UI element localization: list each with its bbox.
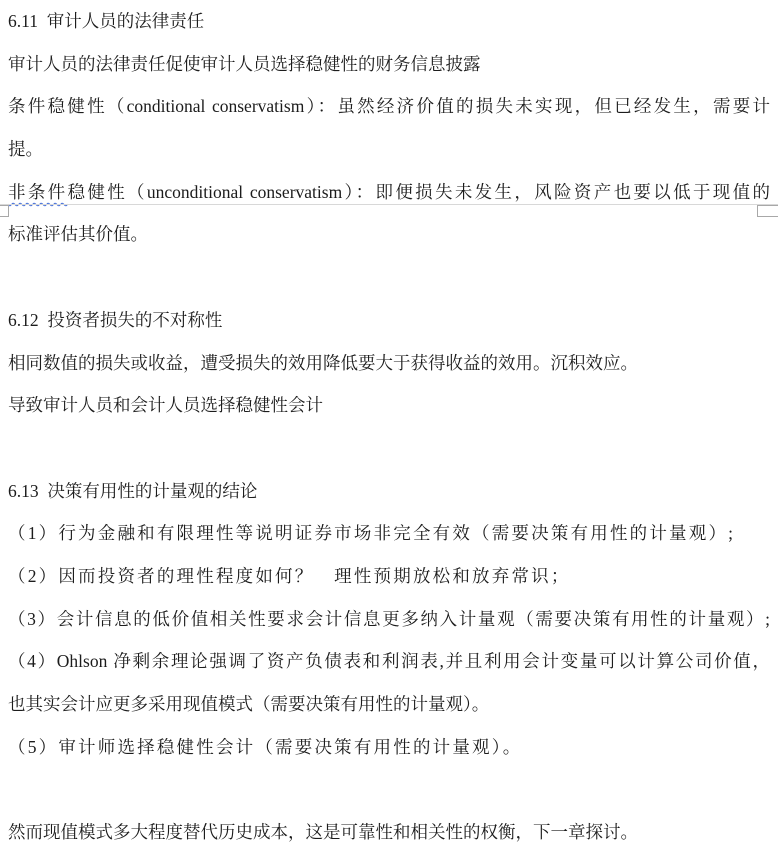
text-line: 标准评估其价值。: [8, 213, 770, 256]
text-line: 审计人员的法律责任促使审计人员选择稳健性的财务信息披露: [8, 43, 770, 86]
list-item-5: （5）审计师选择稳健性会计（需要决策有用性的计量观）。: [8, 726, 770, 769]
text-line: 相同数值的损失或收益，遭受损失的效用降低要大于获得收益的效用。沉积效应。: [8, 342, 770, 385]
list-item-1: （1）行为金融和有限理性等说明证券市场非完全有效（需要决策有用性的计量观）;: [8, 512, 770, 555]
text-line: 也其实会计应更多采用现值模式（需要决策有用性的计量观）。: [8, 683, 770, 726]
spellcheck-flagged-text: 非条件: [8, 182, 68, 202]
page-boundary-marker-right: [757, 205, 778, 217]
text-line: 条件稳健性（conditional conservatism）：虽然经济价值的损…: [8, 85, 770, 128]
blank-line: [8, 256, 770, 299]
text-line-continuation: 稳健性（unconditional conservatism）：即便损失未发生，…: [68, 182, 770, 202]
text-line: 提。: [8, 128, 770, 171]
text-line: 然而现值模式多大程度替代历史成本，这是可靠性和相关性的权衡，下一章探讨。: [8, 811, 770, 854]
text-line: 非条件稳健性（unconditional conservatism）：即便损失未…: [8, 171, 770, 214]
list-item-4: （4）Ohlson 净剩余理论强调了资产负债表和利润表,并且利用会计变量可以计算…: [8, 640, 770, 683]
text-line: 导致审计人员和会计人员选择稳健性会计: [8, 384, 770, 427]
section-heading-6-12: 6.12 投资者损失的不对称性: [8, 299, 770, 342]
page-boundary-marker-left: [0, 205, 9, 217]
blank-line: [8, 427, 770, 470]
page-boundary-line: [0, 204, 778, 205]
blank-line: [8, 768, 770, 811]
list-item-3: （3）会计信息的低价值相关性要求会计信息更多纳入计量观（需要决策有用性的计量观）…: [8, 598, 770, 641]
list-item-2: （2）因而投资者的理性程度如何？ 理性预期放松和放弃常识；: [8, 555, 770, 598]
section-heading-6-11: 6.11 审计人员的法律责任: [8, 0, 770, 43]
section-heading-6-13: 6.13 决策有用性的计量观的结论: [8, 470, 770, 513]
document-page[interactable]: 6.11 审计人员的法律责任 审计人员的法律责任促使审计人员选择稳健性的财务信息…: [0, 0, 778, 854]
